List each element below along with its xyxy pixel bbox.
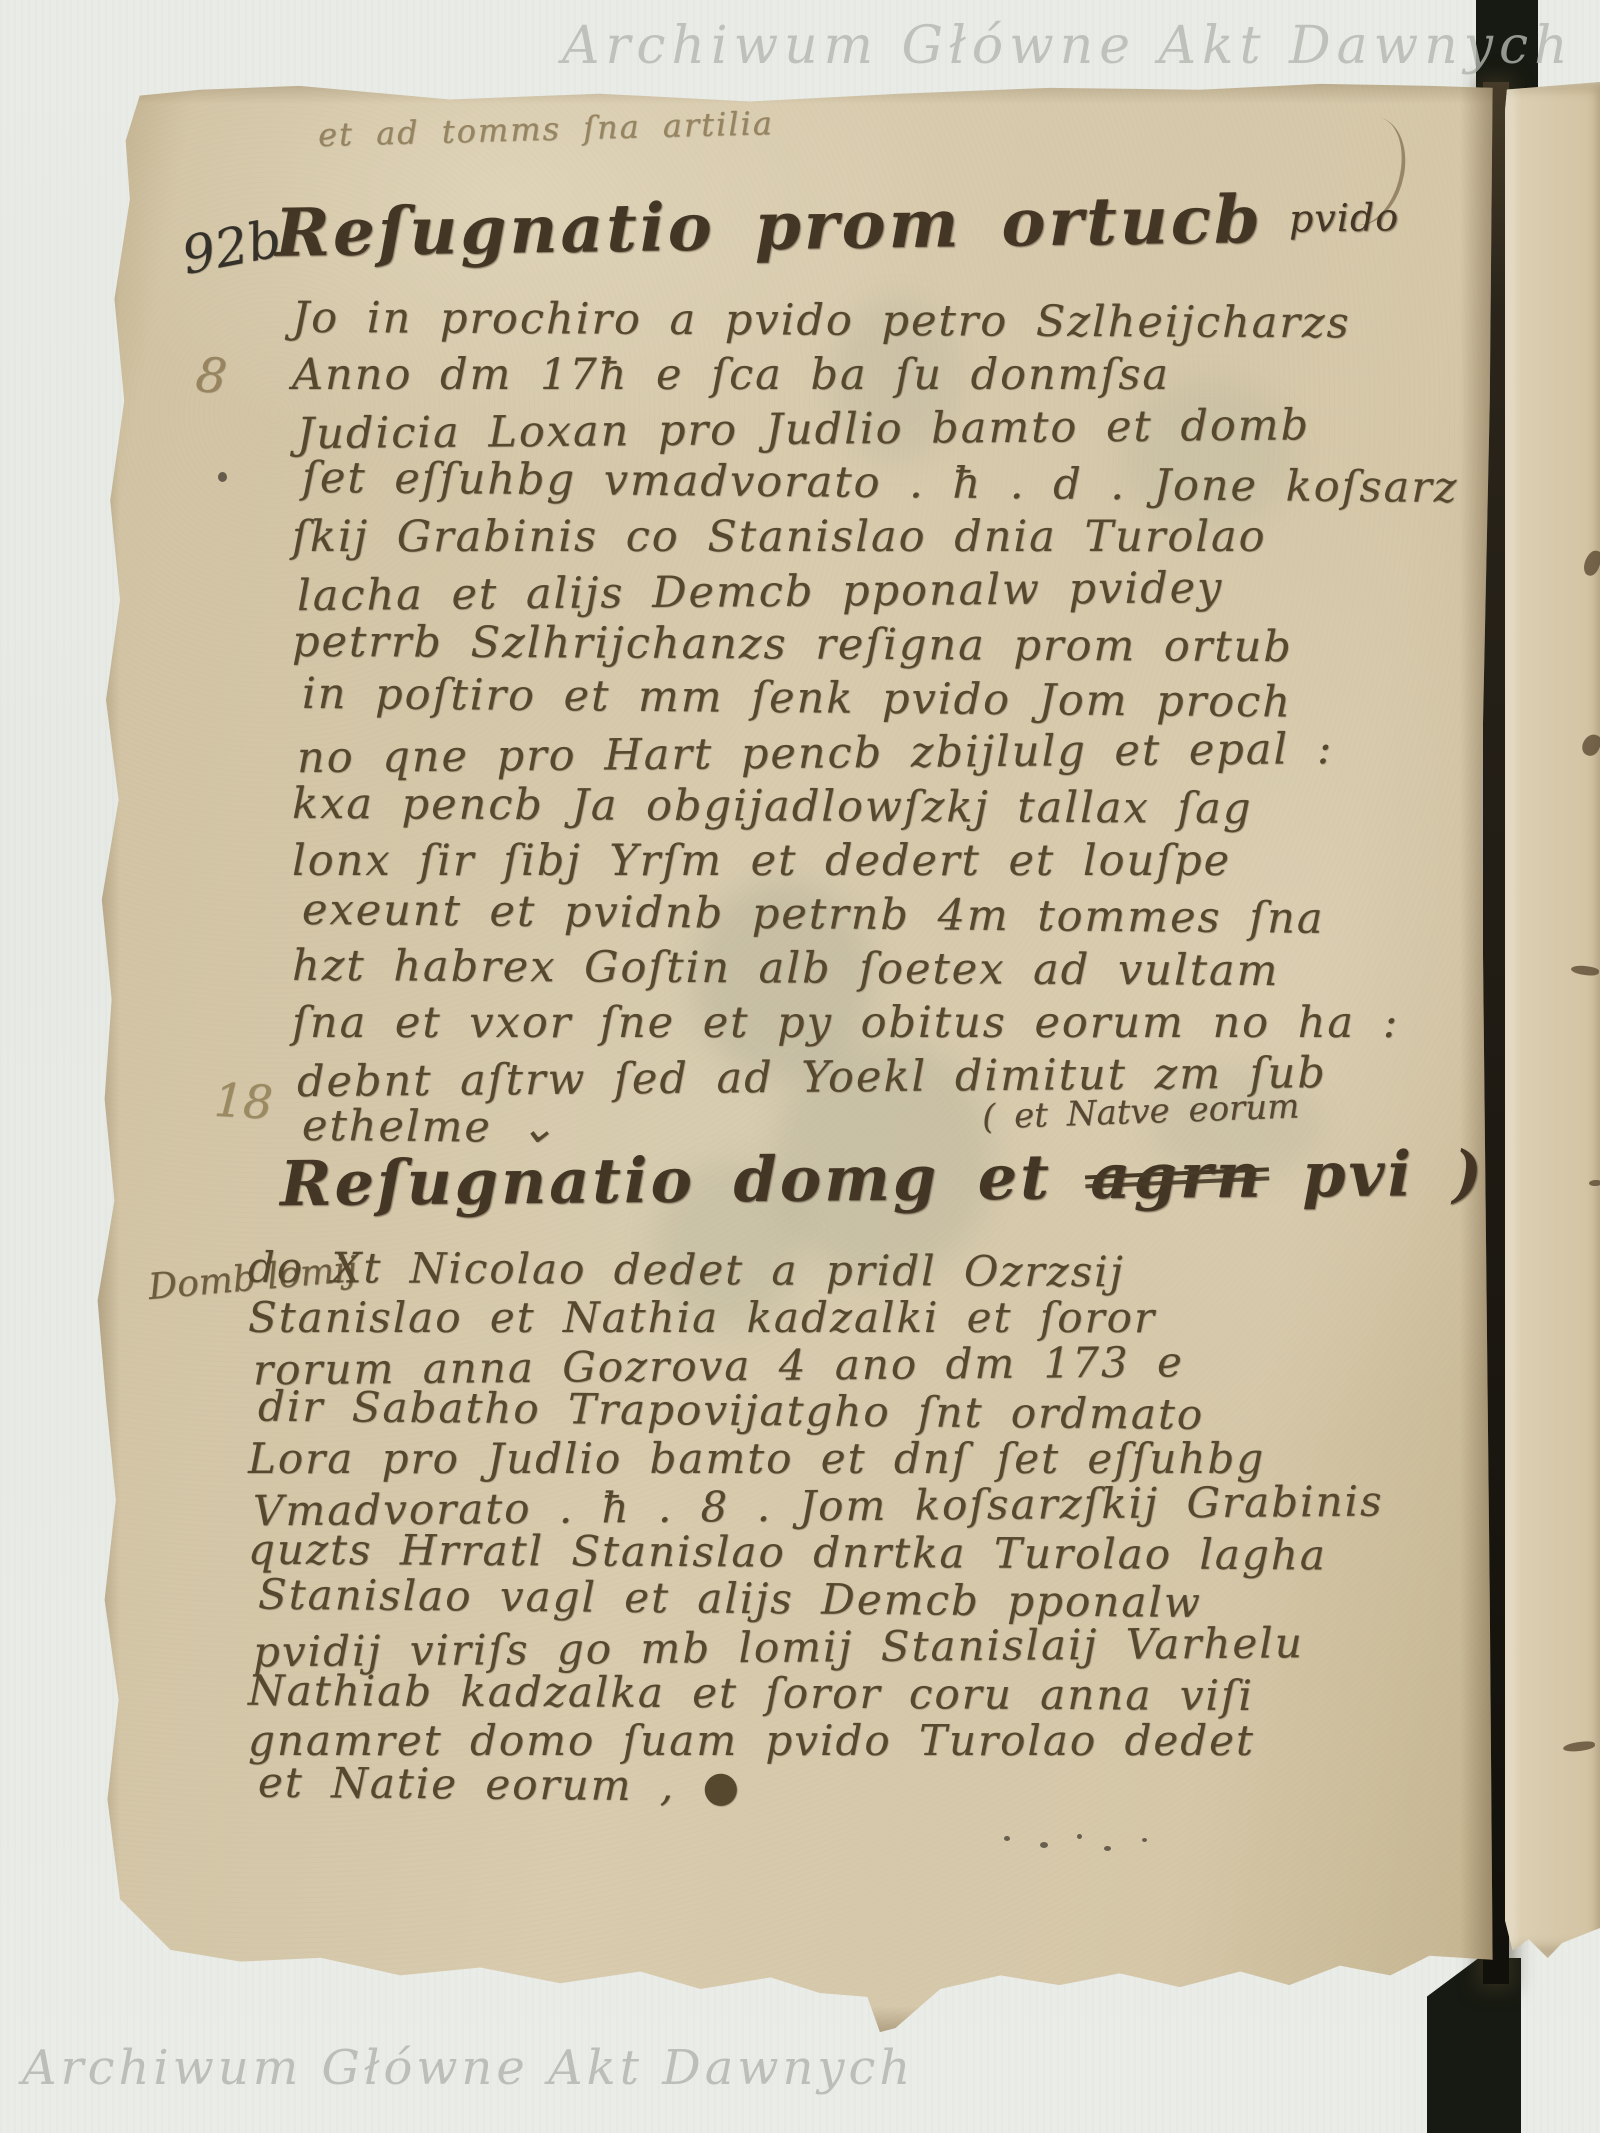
ink-speck xyxy=(1077,1834,1082,1839)
ink-mark xyxy=(1589,1180,1600,1186)
manuscript-line: no qne pro Hart pencb zbijlulg et epal : xyxy=(297,723,1487,787)
manuscript-line: petrrb Szlhrijchanzs reſigna prom ortub xyxy=(292,617,1482,677)
manuscript-line: Jo in prochiro a pvido petro Szlheijchar… xyxy=(292,293,1482,353)
manuscript-line: Nathiab kadzalka et ſoror coru anna viſi xyxy=(248,1666,1488,1719)
binding-strip-bottom xyxy=(1427,1958,1521,2133)
entry-1-heading-text: Reſugnatio prom ortucb xyxy=(275,180,1264,272)
ink-speck xyxy=(1004,1836,1010,1841)
manuscript-line: ſet eſſuhbg vmadvorato . ħ . d . Jone ko… xyxy=(302,453,1492,517)
archive-watermark-top: Archiwum Główne Akt Dawnych xyxy=(562,16,1574,76)
manuscript-line: et Natie eorum , ● xyxy=(258,1758,1498,1816)
entry-2-body: do Xt Nicolao dedet a pridl OzrzsijStani… xyxy=(248,1246,1488,1810)
ink-mark xyxy=(1579,731,1600,758)
manuscript-line: hzt habrex Goſtin alb ſoetex ad vultam xyxy=(292,941,1482,1001)
archive-watermark-bottom: Archiwum Główne Akt Dawnych xyxy=(22,2040,914,2096)
margin-number-middle: 18 xyxy=(213,1073,274,1130)
entry-1-heading-suffix: pvido xyxy=(1289,195,1400,241)
manuscript-line: lonx ſir ſibj Yrſm et dedert et louſpe xyxy=(292,836,1482,890)
manuscript-page: 92b 8 18 Domb lomij et ad tomms ſna arti… xyxy=(92,80,1494,2036)
manuscript-line: exeunt et pvidnb petrnb 4m tommes ſna xyxy=(302,885,1492,949)
manuscript-line: lacha et alijs Demcb pponalw pvidey xyxy=(297,561,1487,625)
folio-number: 92b xyxy=(177,209,286,287)
entry-2-heading: Reſugnatio domg et agrn pvi ) xyxy=(280,1137,1486,1221)
entry-1-heading: Reſugnatio prom ortucbpvido xyxy=(275,178,1400,272)
manuscript-line: ſna et vxor ſne et py obitus eorum no ha… xyxy=(292,998,1482,1052)
ink-speck xyxy=(218,472,227,482)
ink-mark xyxy=(1571,964,1600,977)
scanned-manuscript-view: Archiwum Główne Akt Dawnych Archiwum Głó… xyxy=(0,0,1600,2133)
entry-1-body: Jo in prochiro a pvido petro Szlheijchar… xyxy=(292,296,1482,1160)
top-inscription: et ad tomms ſna artilia xyxy=(318,104,775,154)
entry-2-heading-struck-word: agrn xyxy=(1090,1139,1264,1214)
manuscript-line: kxa pencb Ja obgijadlowſzkj tallax ſag xyxy=(292,779,1482,839)
ink-mark xyxy=(1581,548,1600,577)
entry-2-heading-end: pvi ) xyxy=(1302,1137,1485,1212)
manuscript-line: ſkij Grabinis co Stanislao dnia Turolao xyxy=(292,512,1482,566)
manuscript-line: gnamret domo ſuam pvido Turolao dedet xyxy=(248,1716,1488,1763)
manuscript-line: Lora pro Judlio bamto et dnſ ſet eſſuhbg xyxy=(248,1434,1488,1481)
ink-speck xyxy=(1040,1842,1048,1848)
ink-mark xyxy=(1563,1740,1596,1752)
facing-page-edge xyxy=(1505,82,1600,1958)
manuscript-line: Vmadvorato . ħ . 8 . Jom koſsarzſkij Gra… xyxy=(253,1476,1493,1534)
entry-2-heading-text: Reſugnatio domg et xyxy=(280,1141,1052,1221)
manuscript-line: dir Sabatho Trapovijatgho ſnt ordmato xyxy=(258,1382,1498,1440)
ink-speck xyxy=(1104,1846,1111,1851)
manuscript-line: Anno dm 17ħ e ſca ba ſu donmſsa xyxy=(292,350,1482,404)
margin-number-top: 8 xyxy=(193,347,229,406)
ink-speck xyxy=(1142,1838,1147,1842)
manuscript-line: do Xt Nicolao dedet a pridl Ozrzsij xyxy=(248,1243,1488,1296)
manuscript-line: Stanislao et Nathia kadzalki et ſoror xyxy=(248,1293,1488,1340)
manuscript-line: pvidij viriſs go mb lomij Stanislaij Var… xyxy=(253,1617,1493,1675)
